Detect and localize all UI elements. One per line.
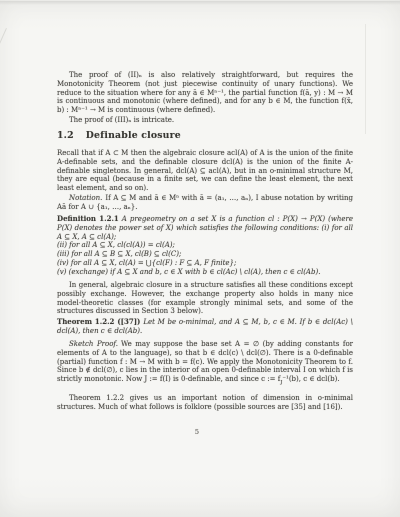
definition-label: Definition 1.2.1 [57,214,119,223]
definition-item-iv: (iv) for all A ⊆ X, cl(A) = ⋃{cl(F) : F … [57,259,353,268]
definition-head: Definition 1.2.1A pregeometry on a set X… [57,215,353,241]
notation-paragraph: Notation.If A ⊆ M and ā ∈ Mⁿ with ā = (a… [57,194,353,212]
definition-block: Definition 1.2.1A pregeometry on a set X… [57,215,353,277]
definition-item-ii: (ii) for all A ⊆ X, cl(cl(A)) = cl(A); [57,241,353,250]
sketch-proof-body-end: ⁻¹(b), c ∈ dcl(b). [282,375,339,383]
paragraph-proof-III: The proof of (III)ₙ is intricate. [57,116,353,125]
scan-scratch-artifact [0,28,7,81]
scanned-page: The proof of (II)ₙ is also relatively st… [0,0,400,517]
theorem-block: Theorem 1.2.2 ([37])Let M be o-minimal, … [57,318,353,336]
scan-edge-artifact [0,1,400,5]
section-heading: 1.2Definable closure [57,130,181,141]
section-title: Definable closure [86,130,181,141]
page-number: 5 [57,428,337,436]
sketch-proof-label: Sketch Proof. [69,340,118,348]
definition-item-v: (v) (exchange) if A ⊆ X and b, c ∈ X wit… [57,268,353,277]
definition-item-iii: (iii) for all A ⊆ B ⊆ X, cl(B) ⊆ cl(C); [57,250,353,259]
scan-line-artifact [365,24,366,134]
paragraph-exchange-property: In general, algebraic closure in a struc… [57,281,353,316]
section-number: 1.2 [57,130,74,141]
theorem-label: Theorem 1.2.2 ([37]) [57,317,140,326]
sketch-proof-paragraph: Sketch Proof.We may suppose the base set… [57,340,353,384]
paragraph-folklore: Theorem 1.2.2 gives us an important noti… [57,394,353,412]
notation-label: Notation. [69,194,102,202]
paragraph-recall-closure: Recall that if A ⊂ M then the algebraic … [57,149,353,193]
paragraph-proof-II: The proof of (II)ₙ is also relatively st… [57,71,353,115]
